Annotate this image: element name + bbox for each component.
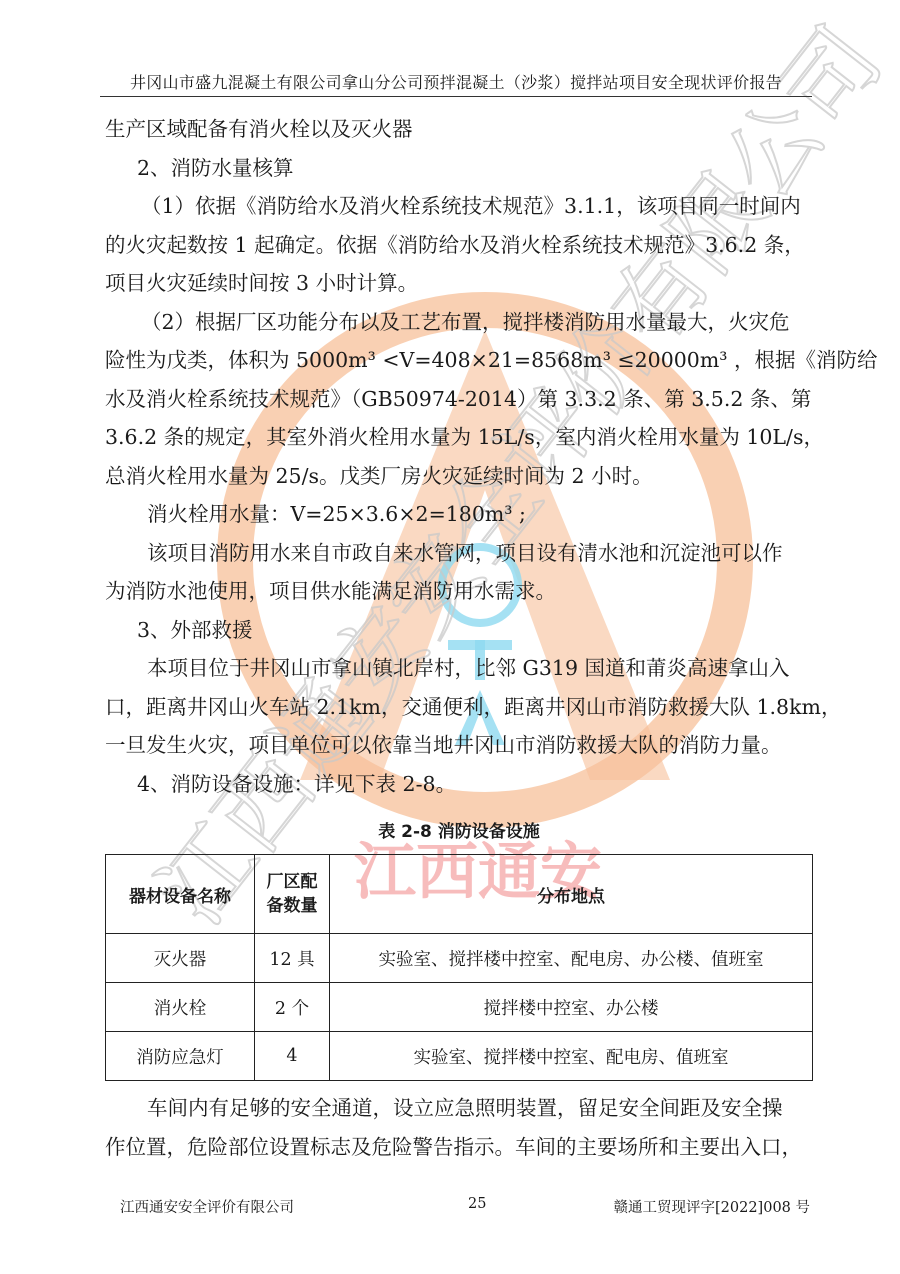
document-body: 生产区域配备有消火栓以及灭火器 2、消防水量核算 （1）依据《消防给水及消火栓系… xyxy=(105,110,813,1166)
body-line: 水及消火栓系统技术规范》（GB50974-2014）第 3.3.2 条、第 3.… xyxy=(105,380,813,419)
cell-location: 搅拌楼中控室、办公楼 xyxy=(330,983,813,1032)
table-row: 灭火器 12 具 实验室、搅拌楼中控室、配电房、办公楼、值班室 xyxy=(106,934,813,983)
body-line: 口，距离井冈山火车站 2.1km，交通便利，距离井冈山市消防救援大队 1.8km… xyxy=(105,688,813,727)
table-title: 表 2-8 消防设备设施 xyxy=(105,817,813,842)
footer-doc-number: 赣通工贸现评字[2022]008 号 xyxy=(614,1196,811,1217)
body-line: 项目火灾延续时间按 3 小时计算。 xyxy=(105,264,813,303)
table-row: 消防应急灯 4 实验室、搅拌楼中控室、配电房、值班室 xyxy=(106,1032,813,1081)
header-equipment-name: 器材设备名称 xyxy=(106,855,255,934)
table-row: 消火栓 2 个 搅拌楼中控室、办公楼 xyxy=(106,983,813,1032)
cell-qty: 4 xyxy=(255,1032,330,1081)
header-quantity-line2: 备数量 xyxy=(267,896,318,916)
body-line: （1）依据《消防给水及消火栓系统技术规范》3.1.1，该项目同一时间内 xyxy=(105,187,813,226)
section-heading: 4、消防设备设施：详见下表 2-8。 xyxy=(105,765,813,804)
body-line: 本项目位于井冈山市拿山镇北岸村，比邻 G319 国道和莆炎高速拿山入 xyxy=(105,649,813,688)
cell-qty: 12 具 xyxy=(255,934,330,983)
body-line: 车间内有足够的安全通道，设立应急照明装置，留足安全间距及安全操 xyxy=(105,1089,813,1128)
header-quantity: 厂区配 备数量 xyxy=(255,855,330,934)
body-line: 的火灾起数按 1 起确定。依据《消防给水及消火栓系统技术规范》3.6.2 条， xyxy=(105,226,813,265)
page-number: 25 xyxy=(468,1196,486,1212)
equipment-table: 器材设备名称 厂区配 备数量 分布地点 灭火器 12 具 实验室、搅拌楼中控室、… xyxy=(105,854,813,1081)
cell-name: 消火栓 xyxy=(106,983,255,1032)
body-line: 3.6.2 条的规定，其室外消火栓用水量为 15L/s，室内消火栓用水量为 10… xyxy=(105,418,813,457)
body-line: 一旦发生火灾，项目单位可以依靠当地井冈山市消防救援大队的消防力量。 xyxy=(105,726,813,765)
body-line: 险性为戊类，体积为 5000m³ <V=408×21=8568m³ ≤20000… xyxy=(105,341,813,380)
body-line: 为消防水池使用，项目供水能满足消防用水需求。 xyxy=(105,572,813,611)
section-heading: 2、消防水量核算 xyxy=(105,149,813,188)
cell-location: 实验室、搅拌楼中控室、配电房、值班室 xyxy=(330,1032,813,1081)
header-location: 分布地点 xyxy=(330,855,813,934)
cell-name: 灭火器 xyxy=(106,934,255,983)
body-line: 该项目消防用水来自市政自来水管网，项目设有清水池和沉淀池可以作 xyxy=(105,534,813,573)
table-header-row: 器材设备名称 厂区配 备数量 分布地点 xyxy=(106,855,813,934)
page-header: 井冈山市盛九混凝土有限公司拿山分公司预拌混凝土（沙浆）搅拌站项目安全现状评价报告 xyxy=(100,70,812,97)
body-line: 作位置，危险部位设置标志及危险警告指示。车间的主要场所和主要出入口， xyxy=(105,1128,813,1167)
cell-qty: 2 个 xyxy=(255,983,330,1032)
cell-name: 消防应急灯 xyxy=(106,1032,255,1081)
document-page: 江西通安 江西通安安全评价有限公司 井冈山市盛九混凝土有限公司拿山分公司预拌混凝… xyxy=(0,0,900,1274)
body-line: （2）根据厂区功能分布以及工艺布置，搅拌楼消防用水量最大，火灾危 xyxy=(105,303,813,342)
header-quantity-line1: 厂区配 xyxy=(267,872,318,892)
body-line: 总消火栓用水量为 25/s。戊类厂房火灾延续时间为 2 小时。 xyxy=(105,457,813,496)
footer-company: 江西通安安全评价有限公司 xyxy=(120,1196,294,1217)
body-line: 消火栓用水量：V=25×3.6×2=180m³ ; xyxy=(105,495,813,534)
section-heading: 3、外部救援 xyxy=(105,611,813,650)
cell-location: 实验室、搅拌楼中控室、配电房、办公楼、值班室 xyxy=(330,934,813,983)
body-line: 生产区域配备有消火栓以及灭火器 xyxy=(105,110,813,149)
